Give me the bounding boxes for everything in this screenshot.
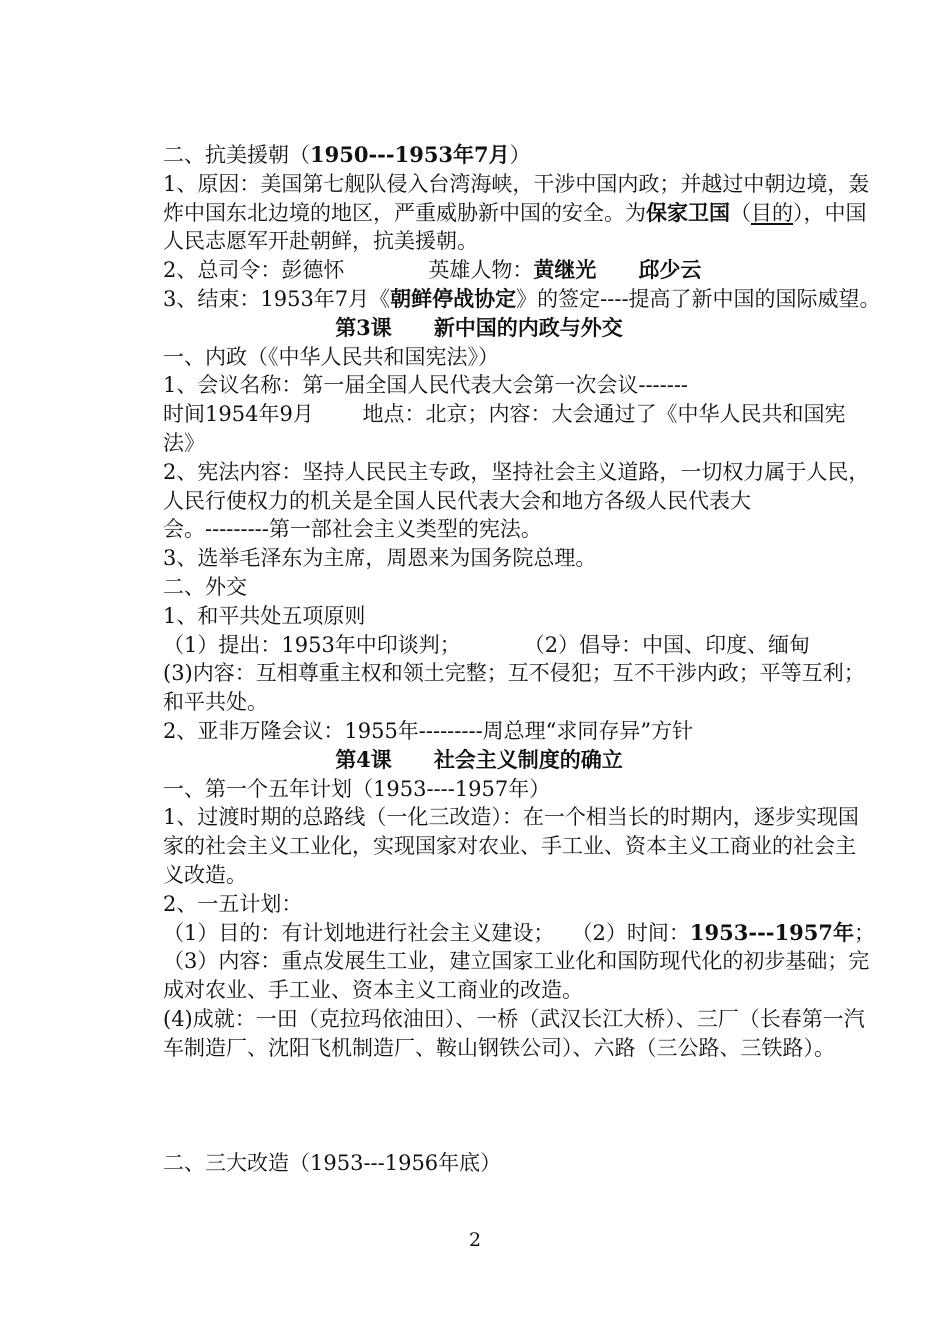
text-line: 一、第一个五年计划（1953----1957年） [163,775,795,804]
text-line: 2、一五计划： [163,890,795,919]
text-segment [596,258,638,282]
text-segment: ），中国 [793,201,867,225]
text-segment: （ [730,201,751,225]
text-line: 2、总司令：彭德怀 英雄人物：黄继光 邱少云 [163,256,795,285]
section-heading: 第4课 社会主义制度的确立 [163,746,795,775]
text-segment: 第4课 [335,747,392,772]
text-segment: （3）内容：重点发展生工业，建立国家工业化和国防现代化的初步基础；完 [163,949,869,973]
text-segment: 1、会议名称：第一届全国人民代表大会第一次会议------- [163,373,688,397]
text-line: 会。---------第一部社会主义类型的宪法。 [163,515,795,544]
text-segment: 1950---1953年7月 [310,142,510,167]
text-segment: 黄继光 [533,257,596,282]
text-segment: (3)内容：互相尊重主权和领土完整；互不侵犯；互不干涉内政；平等互利； [163,661,865,685]
text-line: (4)成就：一田（克拉玛依油田）、一桥（武汉长江大桥）、三厂（长春第一汽 [163,1005,795,1034]
text-segment: 人民志愿军开赴朝鲜，抗美援朝。 [163,229,478,253]
text-line: 家的社会主义工业化，实现国家对农业、手工业、资本主义工商业的社会主 [163,832,795,861]
text-segment: 3、选举毛泽东为主席，周恩来为国务院总理。 [163,546,596,570]
text-segment: 法》 [163,431,205,455]
text-segment: 3、结束：1953年7月《 [163,287,390,311]
text-line: 1、原因：美国第七舰队侵入台湾海峡，干涉中国内政；并越过中朝边境，轰 [163,170,795,199]
text-line: (3)内容：互相尊重主权和领土完整；互不侵犯；互不干涉内政；平等互利； [163,659,795,688]
text-line: 3、选举毛泽东为主席，周恩来为国务院总理。 [163,544,795,573]
text-line: 二、抗美援朝（1950---1953年7月） [163,141,795,170]
text-line: 和平共处。 [163,688,795,717]
text-line: 2、宪法内容：坚持人民民主专政，坚持社会主义道路，一切权力属于人民， [163,458,795,487]
text-line: （1）提出：1953年中印谈判； （2）倡导：中国、印度、缅甸 [163,631,795,660]
text-segment: （1）提出：1953年中印谈判； （2）倡导：中国、印度、缅甸 [163,633,810,657]
text-segment: 炸中国东北边境的地区，严重威胁新中国的安全。为 [163,201,646,225]
text-line [163,1120,795,1149]
text-segment: 新中国的内政与外交 [434,315,623,340]
text-line: 义改造。 [163,861,795,890]
text-segment: 朝鲜停战协定 [390,286,516,311]
text-segment: 2、一五计划： [163,892,302,916]
text-line: 人民志愿军开赴朝鲜，抗美援朝。 [163,227,795,256]
text-segment: 一、内政（《中华人民共和国宪法》） [163,345,499,369]
text-segment: 人民行使权力的机关是全国人民代表大会和地方各级人民代表大 [163,489,751,513]
text-segment: 二、抗美援朝（ [163,143,310,167]
text-line: 车制造厂、沈阳飞机制造厂、鞍山钢铁公司）、六路（三公路、三铁路）。 [163,1034,795,1063]
text-segment: (4)成就：一田（克拉玛依油田）、一桥（武汉长江大桥）、三厂（长春第一汽 [163,1007,865,1031]
text-line: （3）内容：重点发展生工业，建立国家工业化和国防现代化的初步基础；完 [163,947,795,976]
document-content: 二、抗美援朝（1950---1953年7月）1、原因：美国第七舰队侵入台湾海峡，… [163,141,795,1178]
text-line: 二、三大改造（1953---1956年底） [163,1149,795,1178]
text-line: 时间1954年9月 地点：北京；内容：大会通过了《中华人民共和国宪 [163,400,795,429]
section-heading: 第3课 新中国的内政与外交 [163,314,795,343]
text-segment: 1、和平共处五项原则 [163,604,365,628]
text-segment: 2、总司令：彭德怀 英雄人物： [163,258,533,282]
text-line: 3、结束：1953年7月《朝鲜停战协定》的签定----提高了新中国的国际威望。 [163,285,795,314]
text-segment: 会。---------第一部社会主义类型的宪法。 [163,517,542,541]
text-segment: 目的 [751,201,793,225]
text-segment: 1、过渡时期的总路线（一化三改造）：在一个相当长的时期内，逐步实现国 [163,805,859,829]
text-segment: 邱少云 [638,257,701,282]
text-segment: 1、原因：美国第七舰队侵入台湾海峡，干涉中国内政；并越过中朝边境，轰 [163,172,869,196]
text-segment: （1）目的：有计划地进行社会主义建设； （2）时间： [163,921,690,945]
text-segment: 二、三大改造（1953---1956年底） [163,1151,501,1175]
text-segment: 第3课 [335,315,392,340]
text-segment: 时间1954年9月 地点：北京；内容：大会通过了《中华人民共和国宪 [163,402,845,426]
text-line: 人民行使权力的机关是全国人民代表大会和地方各级人民代表大 [163,487,795,516]
text-line: 1、会议名称：第一届全国人民代表大会第一次会议------- [163,371,795,400]
text-line: 炸中国东北边境的地区，严重威胁新中国的安全。为保家卫国（目的），中国 [163,199,795,228]
page-number: 2 [0,1228,950,1252]
text-line: 一、内政（《中华人民共和国宪法》） [163,343,795,372]
text-segment: 车制造厂、沈阳飞机制造厂、鞍山钢铁公司）、六路（三公路、三铁路）。 [163,1036,835,1060]
text-segment: ） [510,143,531,167]
text-line: 成对农业、手工业、资本主义工商业的改造。 [163,976,795,1005]
text-line: 1、过渡时期的总路线（一化三改造）：在一个相当长的时期内，逐步实现国 [163,803,795,832]
text-line: 二、外交 [163,573,795,602]
text-line: 法》 [163,429,795,458]
text-segment [392,747,434,772]
text-segment: 社会主义制度的确立 [434,747,623,772]
text-segment [392,315,434,340]
text-segment: 义改造。 [163,863,247,887]
text-segment: 一、第一个五年计划（1953----1957年） [163,777,550,801]
text-segment: 2、宪法内容：坚持人民民主专政，坚持社会主义道路，一切权力属于人民， [163,460,869,484]
text-segment: 二、外交 [163,575,247,599]
text-line [163,1063,795,1092]
text-segment: ； [854,921,875,945]
text-segment: 1953---1957年 [690,920,854,945]
text-line: 1、和平共处五项原则 [163,602,795,631]
text-line: （1）目的：有计划地进行社会主义建设； （2）时间：1953---1957年； [163,919,795,948]
text-segment: 保家卫国 [646,200,730,225]
text-segment: 》的签定----提高了新中国的国际威望。 [516,287,880,311]
text-line: 2、亚非万隆会议：1955年---------周总理“求同存异”方针 [163,717,795,746]
text-segment: 家的社会主义工业化，实现国家对农业、手工业、资本主义工商业的社会主 [163,834,856,858]
text-segment: 和平共处。 [163,690,268,714]
document-page: 二、抗美援朝（1950---1953年7月）1、原因：美国第七舰队侵入台湾海峡，… [0,0,950,1342]
text-line [163,1091,795,1120]
text-segment: 2、亚非万隆会议：1955年---------周总理“求同存异”方针 [163,719,693,743]
text-segment: 成对农业、手工业、资本主义工商业的改造。 [163,978,583,1002]
